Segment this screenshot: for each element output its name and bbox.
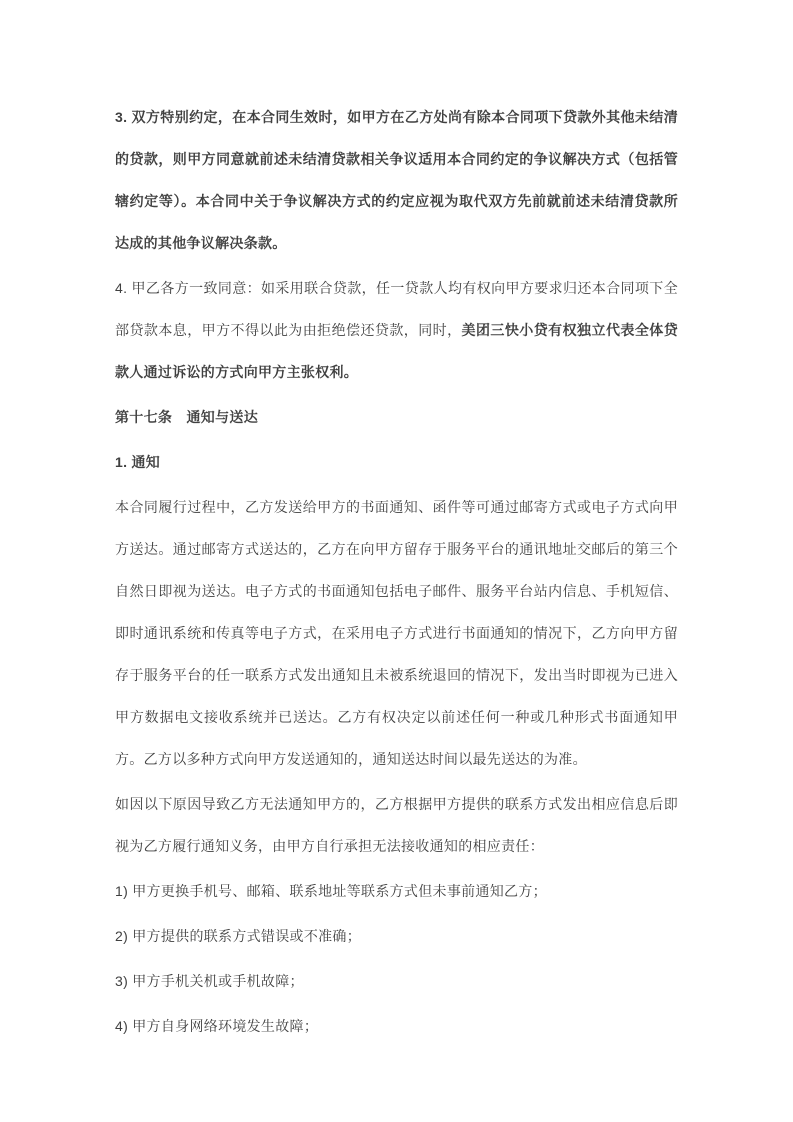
list-item-2: 2) 甲方提供的联系方式错误或不准确； xyxy=(115,915,678,957)
contract-document-page: 3. 双方特别约定，在本合同生效时，如甲方在乙方处尚有除本合同项下贷款外其他未结… xyxy=(0,0,793,1122)
list-item-1: 1) 甲方更换手机号、邮箱、联系地址等联系方式但未事前通知乙方； xyxy=(115,870,678,912)
section-1-notice-heading: 1. 通知 xyxy=(115,441,678,483)
list-item-3: 3) 甲方手机关机或手机故障； xyxy=(115,960,678,1002)
notice-delivery-paragraph: 本合同履行过程中，乙方发送给甲方的书面通知、函件等可通过邮寄方式或电子方式向甲方… xyxy=(115,486,678,780)
list-item-4: 4) 甲方自身网络环境发生故障； xyxy=(115,1005,678,1047)
clause-4-paragraph: 4. 甲乙各方一致同意：如采用联合贷款，任一贷款人均有权向甲方要求归还本合同项下… xyxy=(115,267,678,393)
article-17-heading: 第十七条 通知与送达 xyxy=(115,396,678,438)
clause-3-paragraph: 3. 双方特别约定，在本合同生效时，如甲方在乙方处尚有除本合同项下贷款外其他未结… xyxy=(115,96,678,264)
notice-failure-paragraph: 如因以下原因导致乙方无法通知甲方的，乙方根据甲方提供的联系方式发出相应信息后即视… xyxy=(115,783,678,867)
